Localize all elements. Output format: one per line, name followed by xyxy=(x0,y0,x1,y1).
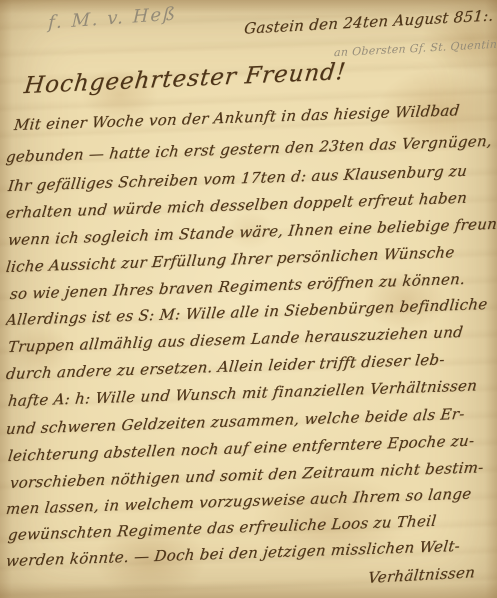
body-line: werden könnte. — Doch bei den jetzigen m… xyxy=(5,537,461,570)
body-line: Mit einer Woche von der Ankunft in das h… xyxy=(13,101,461,134)
catchword: Verhältnissen xyxy=(367,563,476,587)
body-line: liche Aussicht zur Erfüllung Ihrer persö… xyxy=(5,243,455,276)
pencil-owner-note: f. M. v. Heß xyxy=(48,3,178,33)
pencil-recipient-note: an Obersten Gf. St. Quentin xyxy=(334,38,497,60)
body-line: und schweren Geldzeiten zusammen, welche… xyxy=(5,405,466,438)
body-line: durch andere zu ersetzen. Allein leider … xyxy=(5,350,446,383)
body-line: hafte A: h: Wille und Wunsch mit finanzi… xyxy=(7,376,478,410)
salutation: Hochgeehrtester Freund! xyxy=(23,59,348,99)
letter-scan: f. M. v. Heß Gastein den 24ten August 85… xyxy=(0,0,497,598)
dateline: Gastein den 24ten August 851:. xyxy=(243,6,494,37)
body-line: gebunden — hatte ich erst gestern den 23… xyxy=(5,132,493,166)
